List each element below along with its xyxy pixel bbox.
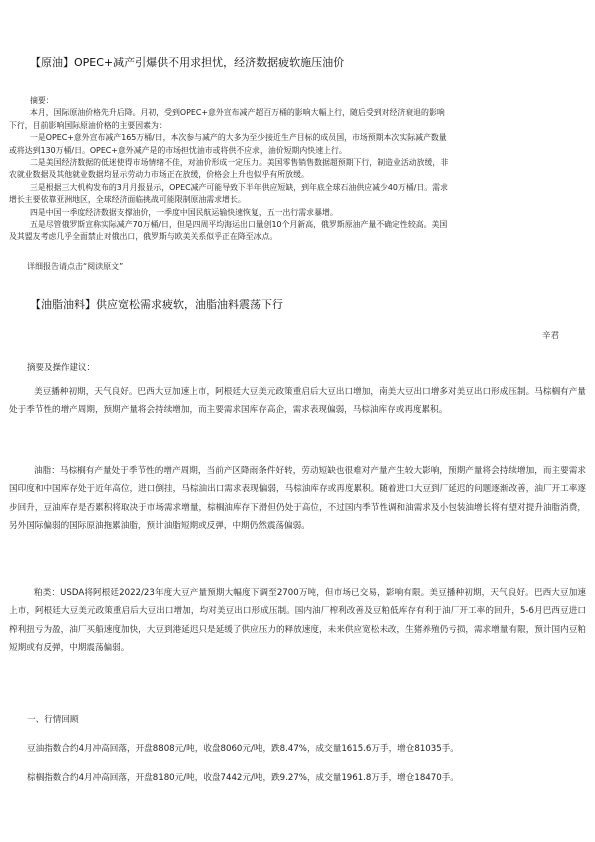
document-page: 【原油】OPEC+减产引爆供不用求担忧，经济数据疲软施压油价 摘要： 本月，国际… — [0, 0, 595, 842]
author-name: 辛君 — [542, 329, 559, 341]
factor-line: 增长主要依靠亚洲地区，全球经济面临挑战可能限制原油需求增长。 — [9, 194, 587, 206]
market-review-heading: 一、行情回顾 — [27, 713, 79, 725]
soybean-paragraph: 美豆播种初期，天气良好。巴西大豆加速上市，阿根廷大豆美元政策重启后大豆出口增加，… — [9, 383, 586, 420]
palm-oil-review: 棕榈指数合约4月冲高回落，开盘8180元/吨，收盘7442元/吨，跌9.27%，… — [27, 771, 459, 783]
soybean-oil-review: 豆油指数合约4月冲高回落，开盘8808元/吨，收盘8060元/吨，跌8.47%，… — [27, 742, 459, 754]
factor-line: 五是尽管俄罗斯宣称实际减产70万桶/日，但是四周平均海运出口量创10个月新高，俄… — [9, 219, 587, 231]
oils-paragraph: 油脂：马棕榈有产量处于季节性的增产周期，当前产区降雨条件好转，劳动短缺也很难对产… — [9, 462, 586, 536]
factor-line: 二是美国经济数据的低迷使得市场情绪不佳，对油价形成一定压力。美国零售销售数据超预… — [9, 157, 587, 169]
crude-oil-heading: 【原油】OPEC+减产引爆供不用求担忧，经济数据疲软施压油价 — [30, 54, 344, 70]
oils-heading: 【油脂油料】供应宽松需求疲软，油脂油料震荡下行 — [30, 296, 283, 312]
factor-line: 一是OPEC+意外宣布减产165万桶/日，本次参与减产的大多为至少接近生产目标的… — [9, 132, 587, 144]
factor-line: 农就业数据及其他就业数据均显示劳动力市场正在放缓，价格会上升也似乎有所放缓。 — [9, 169, 587, 181]
summary-label: 摘要： — [9, 95, 587, 107]
meal-paragraph: 粕类：USDA将阿根廷2022/23年度大豆产量预期大幅度下调至2700万吨，但… — [9, 584, 586, 658]
read-more-link[interactable]: 详细报告请点击“阅读原文” — [27, 261, 123, 272]
factor-line: 或将达到130万桶/日。OPEC+意外减产是的市场担忧油市或将供不应求，油价短期… — [9, 145, 587, 157]
intro-line: 下行，目前影响国际原油价格的主要因素为： — [9, 120, 587, 132]
factor-line: 四是中国一季度经济数据支撑油价，一季度中国民航运输快速恢复，五一出行需求暴增。 — [9, 207, 587, 219]
intro-line: 本月，国际原油价格先升后降。月初，受到OPEC+意外宣布减产超百万桶的影响大幅上… — [9, 107, 587, 119]
crude-oil-summary: 摘要： 本月，国际原油价格先升后降。月初，受到OPEC+意外宣布减产超百万桶的影… — [9, 95, 587, 244]
factor-line: 三是根据三大机构发布的3月月报显示，OPEC减产可能导致下半年供应短缺，到年底全… — [9, 182, 587, 194]
factor-line: 及其盟友考虑几乎全面禁止对俄出口，俄罗斯与欧美关系似乎正在降至冰点。 — [9, 231, 587, 243]
summary-and-advice-label: 摘要及操作建议： — [27, 361, 95, 373]
